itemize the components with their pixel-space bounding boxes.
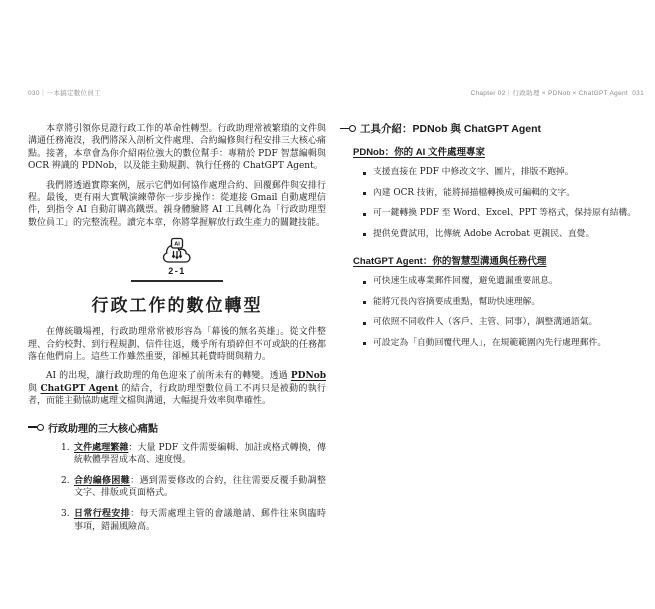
- bullet-icon: [363, 301, 366, 304]
- bullet-item: 可依照不同收件人（客戶、主管、同事），調整溝通語氣。: [363, 317, 644, 329]
- intro-paragraph-2: 我們將透過實際案例，展示它們如何協作處理合約、回覆郵件與安排行程。最後，更有兩大…: [28, 180, 326, 230]
- section-paragraph-2: AI 的出現，讓行政助理的角色迎來了前所未有的轉變。透過 PDNob 與 Cha…: [28, 370, 326, 407]
- tool-section-pdnob: PDNob：你的 AI 文件處理專家 支援直接在 PDF 中修改文字、圖片，排版…: [340, 144, 644, 349]
- bullet-text: 支援直接在 PDF 中修改文字、圖片，排版不跑掉。: [373, 167, 574, 179]
- section-rule: [131, 280, 223, 282]
- tool-name-pdnob: PDNob: [291, 371, 326, 381]
- tool-name-chatgpt-agent: ChatGPT Agent: [40, 384, 118, 394]
- bullet-text: 可依照不同收件人（客戶、主管、同事），調整溝通語氣。: [373, 317, 597, 329]
- book-spread: 030｜一本搞定數位員工 本章將引領你見證行政工作的革命性轉型。行政助理常被繁瑣…: [0, 0, 655, 609]
- bullet-text: 可快速生成專業郵件回覆，避免遺漏重要訊息。: [373, 276, 558, 288]
- pdnob-bullet-list: 支援直接在 PDF 中修改文字、圖片，排版不跑掉。 內建 OCR 技術，能將掃描…: [353, 167, 644, 240]
- bullet-text: 能將冗長內容摘要成重點，幫助快速理解。: [373, 297, 540, 309]
- bullet-icon: [363, 233, 366, 236]
- section-number: 2-1: [28, 266, 326, 276]
- bullet-text: 可一鍵轉換 PDF 至 Word、Excel、PPT 等格式，保持原有結構。: [373, 208, 636, 220]
- bullet-item: 提供免費試用，比傳統 Adobe Acrobat 更親民、直覺。: [363, 229, 644, 241]
- left-page: 030｜一本搞定數位員工 本章將引領你見證行政工作的革命性轉型。行政助理常被繁瑣…: [28, 88, 326, 541]
- bullet-icon: [363, 213, 366, 216]
- right-page: Chapter 02｜行政助理 × PDNob × ChatGPT Agent …: [340, 88, 644, 541]
- page-spread: 030｜一本搞定數位員工 本章將引領你見證行政工作的革命性轉型。行政助理常被繁瑣…: [28, 88, 644, 541]
- list-item: 3.日常行程安排：每天需處理主管的會議邀請、郵件往來與臨時事項，錯漏風險高。: [74, 508, 326, 533]
- pain-points-heading-label: 行政助理的三大核心痛點: [48, 420, 158, 435]
- bullet-text: 提供免費試用，比傳統 Adobe Acrobat 更親民、直覺。: [373, 229, 594, 241]
- left-running-head: 030｜一本搞定數位員工: [28, 88, 326, 97]
- lead-line-icon: [340, 125, 356, 132]
- pain-points-heading: 行政助理的三大核心痛點: [28, 420, 326, 435]
- bullet-item: 可設定為「自動回覆代理人」，在規範範圍內先行處理郵件。: [363, 338, 644, 350]
- book-title: 一本搞定數位員工: [47, 90, 101, 97]
- bullet-text: 內建 OCR 技術，能將掃描檔轉換成可編輯的文字。: [373, 188, 575, 200]
- list-item-number: 2.: [61, 475, 70, 488]
- intro-paragraph-1: 本章將引領你見證行政工作的革命性轉型。行政助理常被繁瑣的文件與溝通任務淹沒，我們…: [28, 123, 326, 173]
- section-marker: AI 2-1: [28, 237, 326, 282]
- right-running-head: Chapter 02｜行政助理 × PDNob × ChatGPT Agent …: [340, 88, 644, 97]
- chatgpt-agent-bullet-list: 可快速生成專業郵件回覆，避免遺漏重要訊息。 能將冗長內容摘要成重點，幫助快速理解…: [353, 276, 644, 349]
- list-item-term: 日常行程安排: [74, 509, 130, 519]
- bullet-icon: [363, 172, 366, 175]
- list-item: 2.合約編修困難：遇到需要修改的合約，往往需要反覆手動調整文字、排版或頁面格式。: [74, 475, 326, 500]
- left-page-number: 030: [28, 90, 40, 97]
- bullet-icon: [363, 192, 366, 195]
- tool-title-pdnob: PDNob：你的 AI 文件處理專家: [353, 144, 644, 158]
- pain-points-list: 1.文件處理繁雜：大量 PDF 文件需要編輯、加註或格式轉換，傳統軟體學習成本高…: [28, 442, 326, 534]
- tools-heading: 工具介紹：PDNob 與 ChatGPT Agent: [340, 121, 644, 136]
- chapter-intro: 本章將引領你見證行政工作的革命性轉型。行政助理常被繁瑣的文件與溝通任務淹沒，我們…: [28, 123, 326, 229]
- list-item-number: 3.: [61, 508, 70, 521]
- chapter-title: 行政助理 × PDNob × ChatGPT Agent: [512, 90, 628, 97]
- bullet-item: 可一鍵轉換 PDF 至 Word、Excel、PPT 等格式，保持原有結構。: [363, 208, 644, 220]
- bullet-item: 內建 OCR 技術，能將掃描檔轉換成可編輯的文字。: [363, 188, 644, 200]
- bullet-icon: [363, 322, 366, 325]
- paragraph-segment: AI 的出現，讓行政助理的角色迎來了前所未有的轉變。透過: [46, 371, 291, 381]
- bullet-icon: [363, 342, 366, 345]
- ai-cloud-icon: AI: [28, 237, 326, 265]
- section-paragraph-1: 在傳統職場裡，行政助理常常被形容為「幕後的無名英雄」。從文件整理、合約校對、到行…: [28, 326, 326, 363]
- running-head-separator: ｜: [40, 90, 47, 97]
- bullet-item: 可快速生成專業郵件回覆，避免遺漏重要訊息。: [363, 276, 644, 288]
- list-item-number: 1.: [61, 442, 70, 455]
- tool-title-chatgpt-agent: ChatGPT Agent：你的智慧型溝通與任務代理: [353, 253, 644, 267]
- list-item: 1.文件處理繁雜：大量 PDF 文件需要編輯、加註或格式轉換，傳統軟體學習成本高…: [74, 442, 326, 467]
- section-title: 行政工作的數位轉型: [28, 291, 326, 316]
- bullet-text: 可設定為「自動回覆代理人」，在規範範圍內先行處理郵件。: [373, 338, 606, 350]
- list-item-term: 合約編修困難: [74, 476, 130, 486]
- bullet-item: 支援直接在 PDF 中修改文字、圖片，排版不跑掉。: [363, 167, 644, 179]
- bullet-icon: [363, 281, 366, 284]
- chapter-label: Chapter 02: [470, 90, 505, 97]
- list-item-term: 文件處理繁雜: [74, 443, 128, 453]
- bullet-item: 能將冗長內容摘要成重點，幫助快速理解。: [363, 297, 644, 309]
- paragraph-segment: 與: [28, 384, 40, 394]
- right-page-number: 031: [632, 90, 644, 97]
- tools-heading-label: 工具介紹：PDNob 與 ChatGPT Agent: [360, 121, 541, 136]
- lead-line-icon: [28, 424, 44, 431]
- ai-icon-label: AI: [174, 242, 180, 248]
